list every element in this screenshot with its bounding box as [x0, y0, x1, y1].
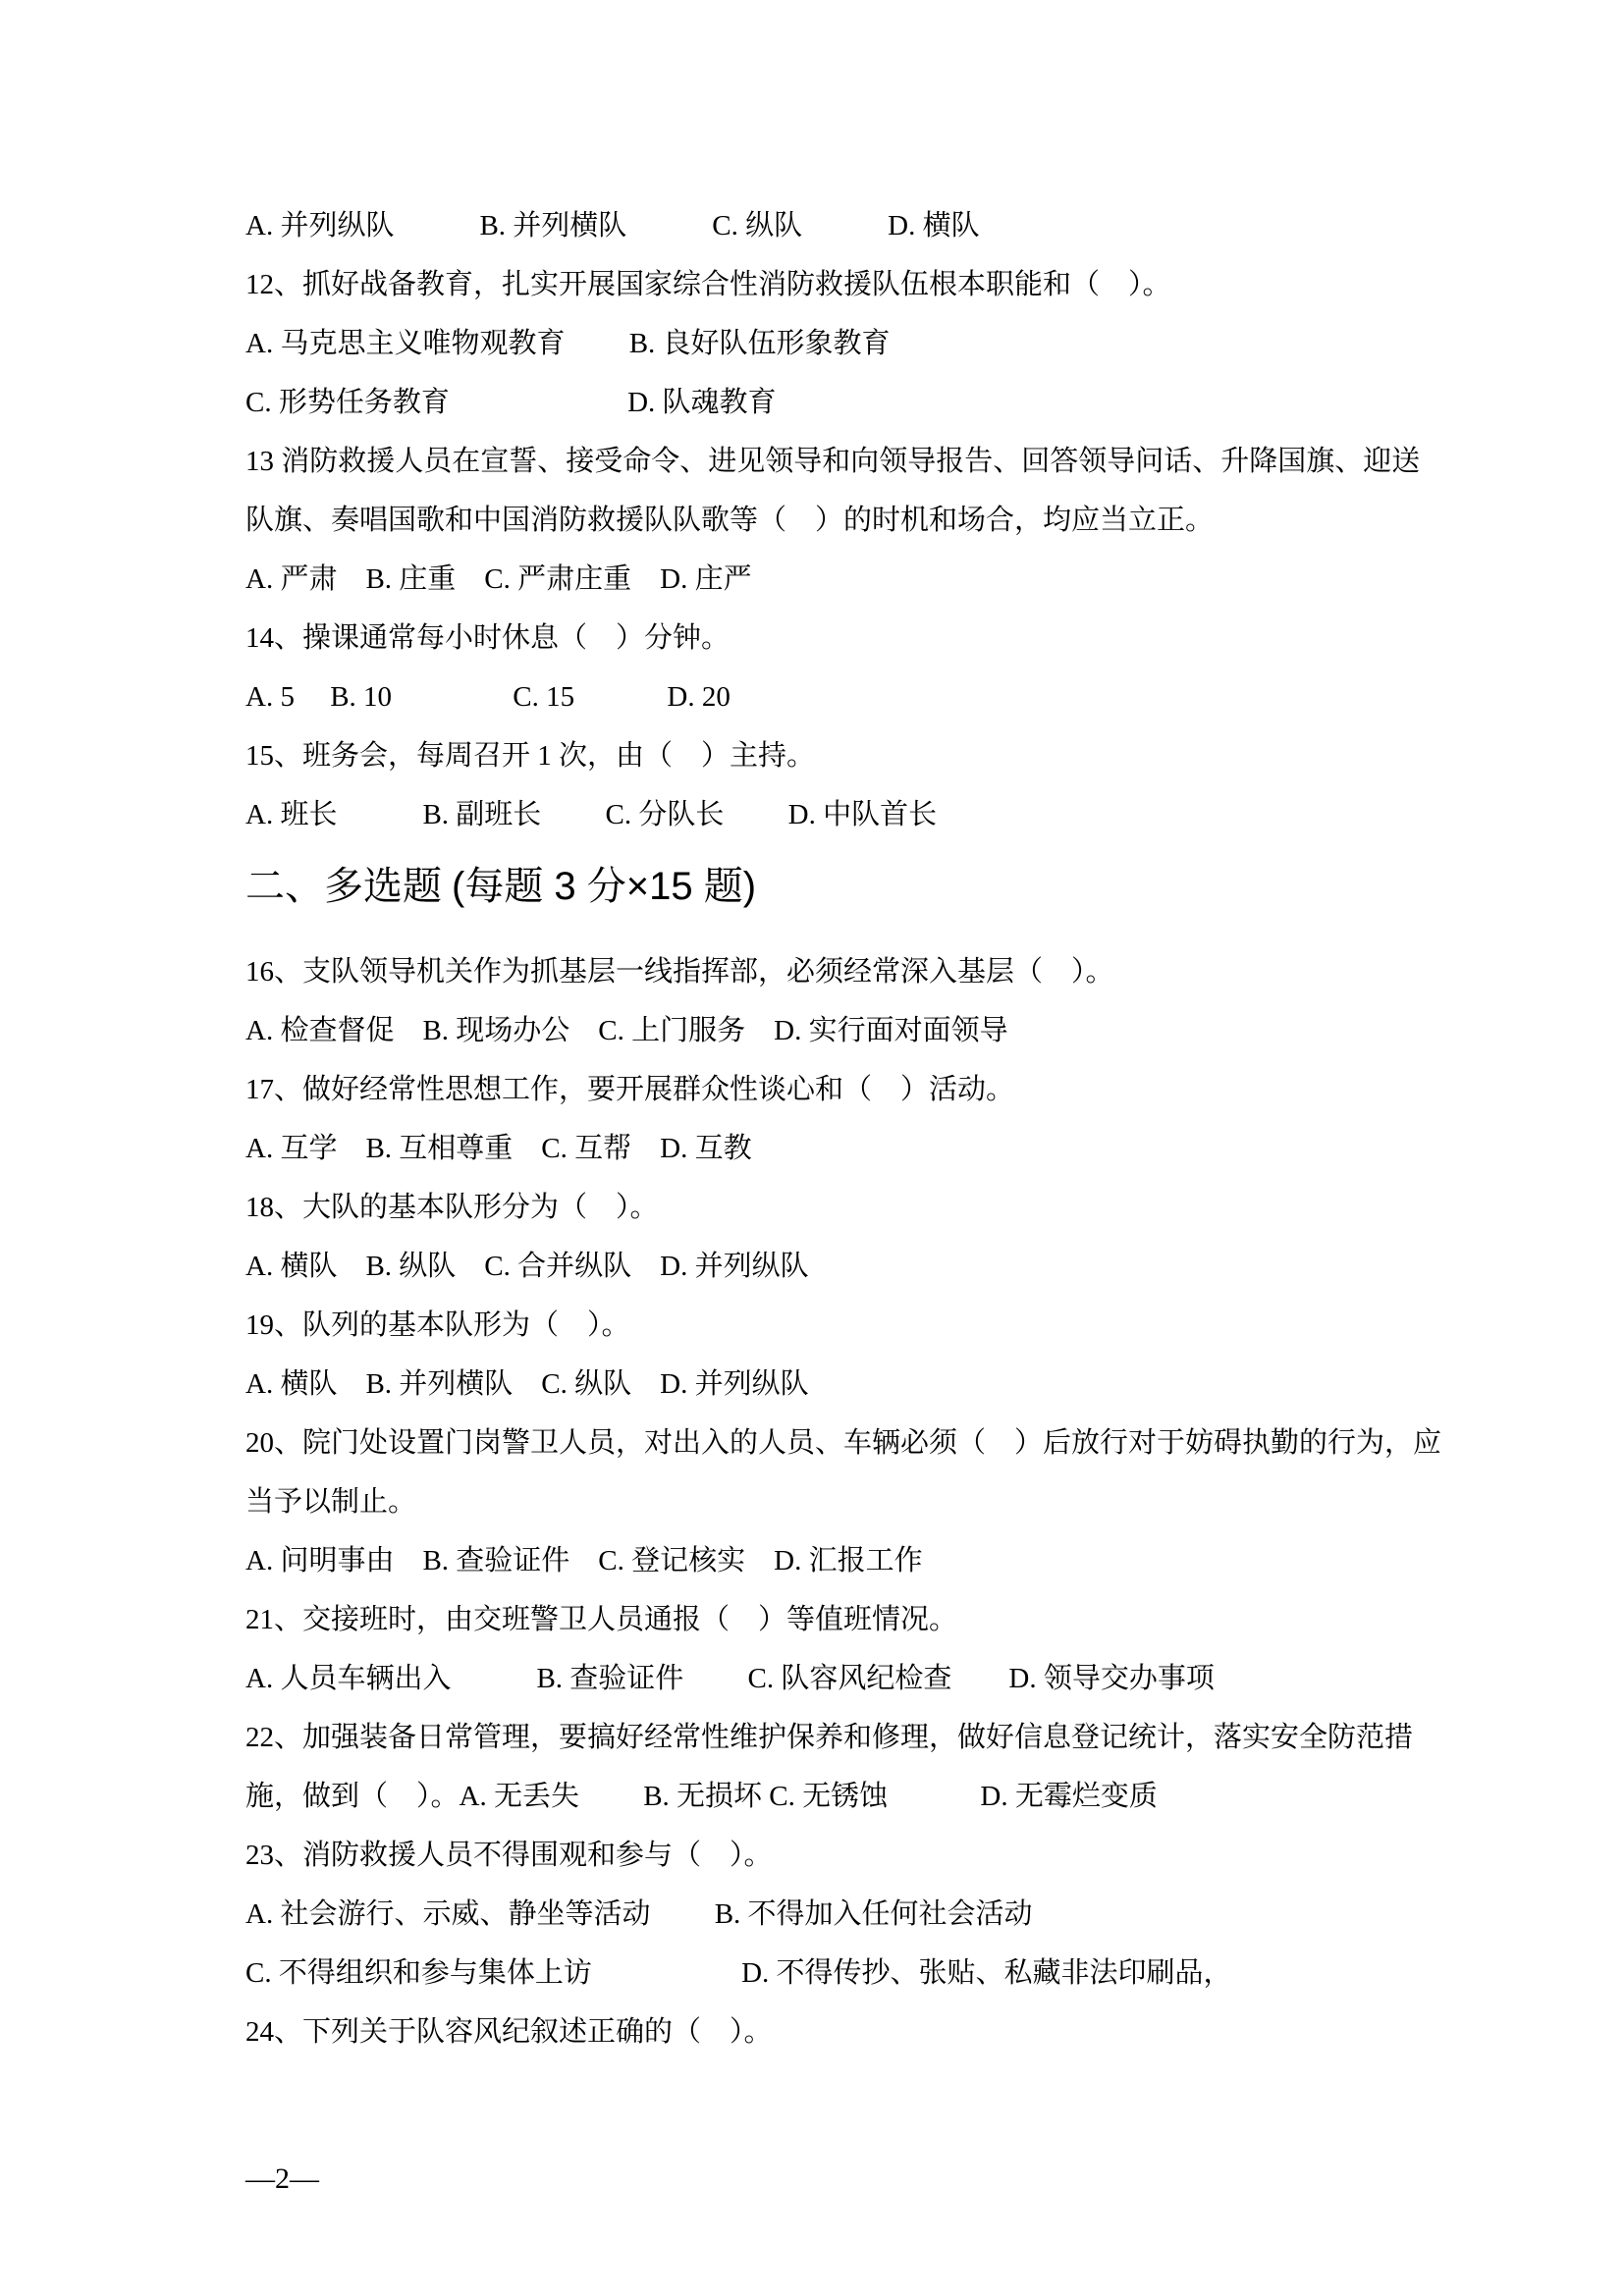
q23-options-cd: C. 不得组织和参与集体上访 D. 不得传抄、张贴、私藏非法印刷品， [245, 1944, 1624, 2002]
q15-options: A. 班长 B. 副班长 C. 分队长 D. 中队首长 [245, 785, 1624, 844]
q13-question-l2: 队旗、奏唱国歌和中国消防救援队队歌等（ ）的时机和场合，均应当立正。 [245, 491, 1624, 550]
q12-question: 12、抓好战备教育，扎实开展国家综合性消防救援队伍根本职能和（ ）。 [245, 255, 1624, 314]
q12-options-cd: C. 形势任务教育 D. 队魂教育 [245, 373, 1624, 432]
q17-question: 17、做好经常性思想工作，要开展群众性谈心和（ ）活动。 [245, 1060, 1624, 1119]
q23-question: 23、消防救援人员不得围观和参与（ ）。 [245, 1826, 1624, 1885]
q17-options: A. 互学 B. 互相尊重 C. 互帮 D. 互教 [245, 1119, 1624, 1178]
q11-options: A. 并列纵队 B. 并列横队 C. 纵队 D. 横队 [245, 196, 1624, 255]
q21-question: 21、交接班时，由交班警卫人员通报（ ）等值班情况。 [245, 1590, 1624, 1649]
section-2-header: 二、多选题 (每题 3 分×15 题) [245, 844, 1624, 928]
q18-options: A. 横队 B. 纵队 C. 合并纵队 D. 并列纵队 [245, 1237, 1624, 1296]
exam-page: A. 并列纵队 B. 并列横队 C. 纵队 D. 横队12、抓好战备教育，扎实开… [0, 0, 1624, 2296]
q14-options: A. 5 B. 10 C. 15 D. 20 [245, 667, 1624, 726]
page-number: —2— [245, 2163, 319, 2195]
q21-options: A. 人员车辆出入 B. 查验证件 C. 队容风纪检查 D. 领导交办事项 [245, 1649, 1624, 1708]
q16-question: 16、支队领导机关作为抓基层一线指挥部，必须经常深入基层（ ）。 [245, 942, 1624, 1001]
page-footer: —2— [245, 2150, 319, 2209]
section-header-note: (每题 3 分×15 题) [452, 865, 756, 908]
q13-question-l1: 13 消防救援人员在宣誓、接受命令、进见领导和向领导报告、回答领导问话、升降国旗… [245, 432, 1624, 491]
q22-question-l1: 22、加强装备日常管理，要搞好经常性维护保养和修理，做好信息登记统计，落实安全防… [245, 1708, 1624, 1767]
q14-question: 14、操课通常每小时休息（ ）分钟。 [245, 609, 1624, 667]
q20-question-l2: 当予以制止。 [245, 1472, 1624, 1531]
q24-question: 24、下列关于队容风纪叙述正确的（ ）。 [245, 2002, 1624, 2061]
q12-options-ab: A. 马克思主义唯物观教育 B. 良好队伍形象教育 [245, 314, 1624, 373]
q18-question: 18、大队的基本队形分为（ ）。 [245, 1178, 1624, 1237]
q19-options: A. 横队 B. 并列横队 C. 纵队 D. 并列纵队 [245, 1355, 1624, 1414]
q16-options: A. 检查督促 B. 现场办公 C. 上门服务 D. 实行面对面领导 [245, 1001, 1624, 1060]
q20-options: A. 问明事由 B. 查验证件 C. 登记核实 D. 汇报工作 [245, 1531, 1624, 1590]
q20-question-l1: 20、院门处设置门岗警卫人员，对出入的人员、车辆必须（ ）后放行对于妨碍执勤的行… [245, 1414, 1624, 1472]
section-header-title: 二、多选题 [245, 864, 442, 908]
q23-options-ab: A. 社会游行、示威、静坐等活动 B. 不得加入任何社会活动 [245, 1885, 1624, 1944]
q22-question-l2: 施，做到（ ）。A. 无丢失 B. 无损坏 C. 无锈蚀 D. 无霉烂变质 [245, 1767, 1624, 1826]
q15-question: 15、班务会，每周召开 1 次，由（ ）主持。 [245, 726, 1624, 785]
exam-body: A. 并列纵队 B. 并列横队 C. 纵队 D. 横队12、抓好战备教育，扎实开… [245, 196, 1624, 2061]
q13-options: A. 严肃 B. 庄重 C. 严肃庄重 D. 庄严 [245, 550, 1624, 609]
q19-question: 19、队列的基本队形为（ ）。 [245, 1296, 1624, 1355]
